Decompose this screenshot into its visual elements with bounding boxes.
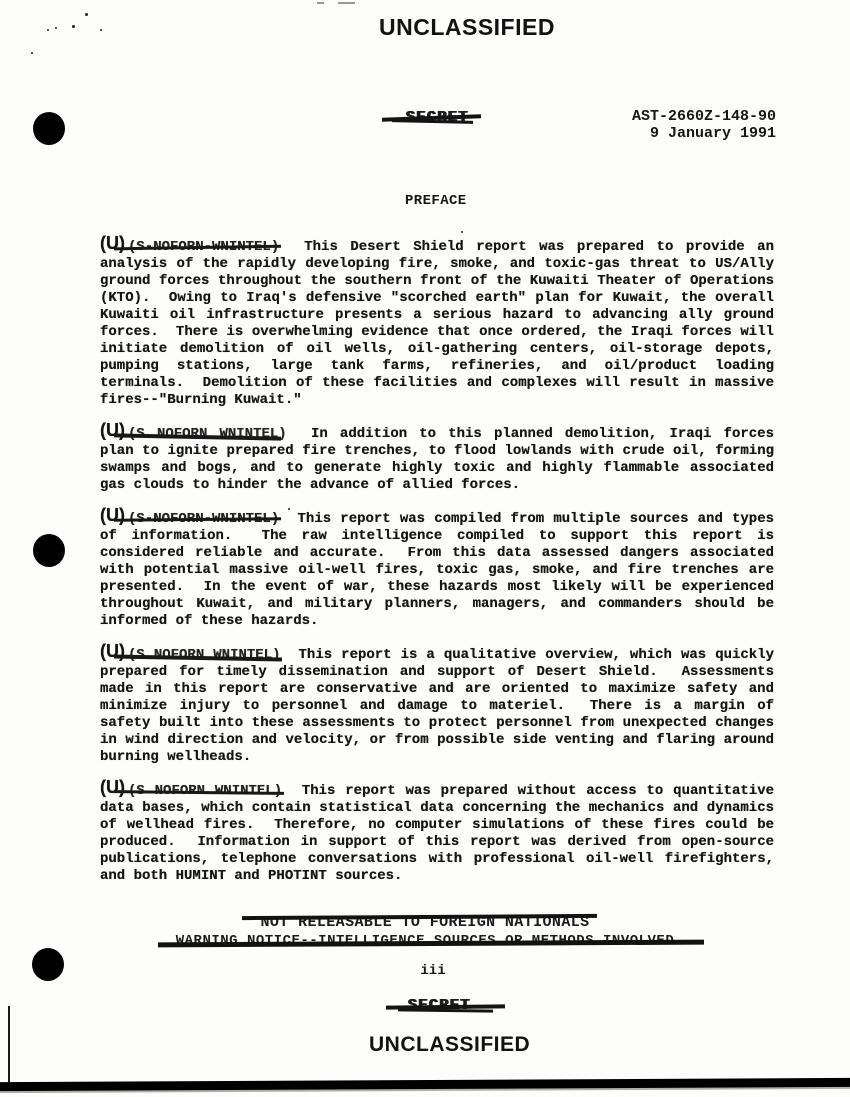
scan-speck <box>47 29 49 31</box>
hole-punch <box>33 534 65 567</box>
scan-speck <box>317 2 324 4</box>
caveat-block: NOT RELEASABLE TO FOREIGN NATIONALS WARN… <box>0 913 850 949</box>
document-body: (U)(S-NOFORN-WNINTEL) This Desert Shield… <box>100 239 774 902</box>
struck-secret-stamp-top: SECRET <box>406 109 469 126</box>
document-page: UNCLASSIFIED SECRET AST-2660Z-148-90 9 J… <box>0 0 850 1097</box>
strike-line <box>398 1008 493 1012</box>
paragraph-5: (U)(S NOFORN WNINTEL) This report was pr… <box>100 783 774 885</box>
paragraph-4: (U)(S NOFORN WNINTEL) This report is a q… <box>100 647 774 766</box>
struck-classification-marking: (S NOFORN WNINTEL) <box>128 783 282 799</box>
hole-punch <box>33 112 65 145</box>
struck-caveat-line-1: NOT RELEASABLE TO FOREIGN NATIONALS <box>260 914 589 931</box>
scan-speck <box>338 2 355 4</box>
document-date: 9 January 1991 <box>632 125 776 142</box>
struck-classification-marking: (S-NOFORN-WNINTEL) <box>128 511 279 527</box>
scan-edge-line <box>8 1006 10 1084</box>
paragraph-2: (U)(S NOFORN WNINTEL) In addition to thi… <box>100 426 774 494</box>
scan-speck <box>85 13 88 16</box>
scan-edge-band <box>0 1078 850 1091</box>
scan-speck <box>55 27 57 29</box>
paragraph-text: This report is a qualitative overview, w… <box>100 647 782 765</box>
unclassified-banner-bottom: UNCLASSIFIED <box>369 1033 530 1057</box>
scan-speck <box>31 52 33 54</box>
struck-caveat-line-2: WARNING NOTICE--INTELLIGENCE SOURCES OR … <box>176 933 674 949</box>
section-title: PREFACE <box>405 193 467 209</box>
paragraph-1: (U)(S-NOFORN-WNINTEL) This Desert Shield… <box>100 239 774 409</box>
struck-classification-marking: (S NOFORN WNINTEL) <box>128 426 287 442</box>
portion-mark: (U) <box>100 505 125 525</box>
struck-secret-stamp-bottom: SECRET <box>408 997 471 1014</box>
struck-classification-marking: (S-NOFORN-WNINTEL) <box>128 239 279 255</box>
struck-classification-marking: (S NOFORN WNINTEL) <box>128 647 280 663</box>
document-number: AST-2660Z-148-90 <box>632 108 776 125</box>
scan-speck <box>100 29 102 31</box>
paragraph-3: (U)(S-NOFORN-WNINTEL) This report was co… <box>100 511 774 630</box>
scan-speck <box>461 231 463 233</box>
unclassified-banner-top: UNCLASSIFIED <box>379 14 555 41</box>
paragraph-text: This report was compiled from multiple s… <box>100 511 782 629</box>
portion-mark: (U) <box>100 777 125 797</box>
paragraph-text: This Desert Shield report was prepared t… <box>100 239 782 408</box>
page-number: iii <box>0 963 850 979</box>
document-id-block: AST-2660Z-148-90 9 January 1991 <box>632 108 776 142</box>
scan-speck <box>72 25 75 28</box>
